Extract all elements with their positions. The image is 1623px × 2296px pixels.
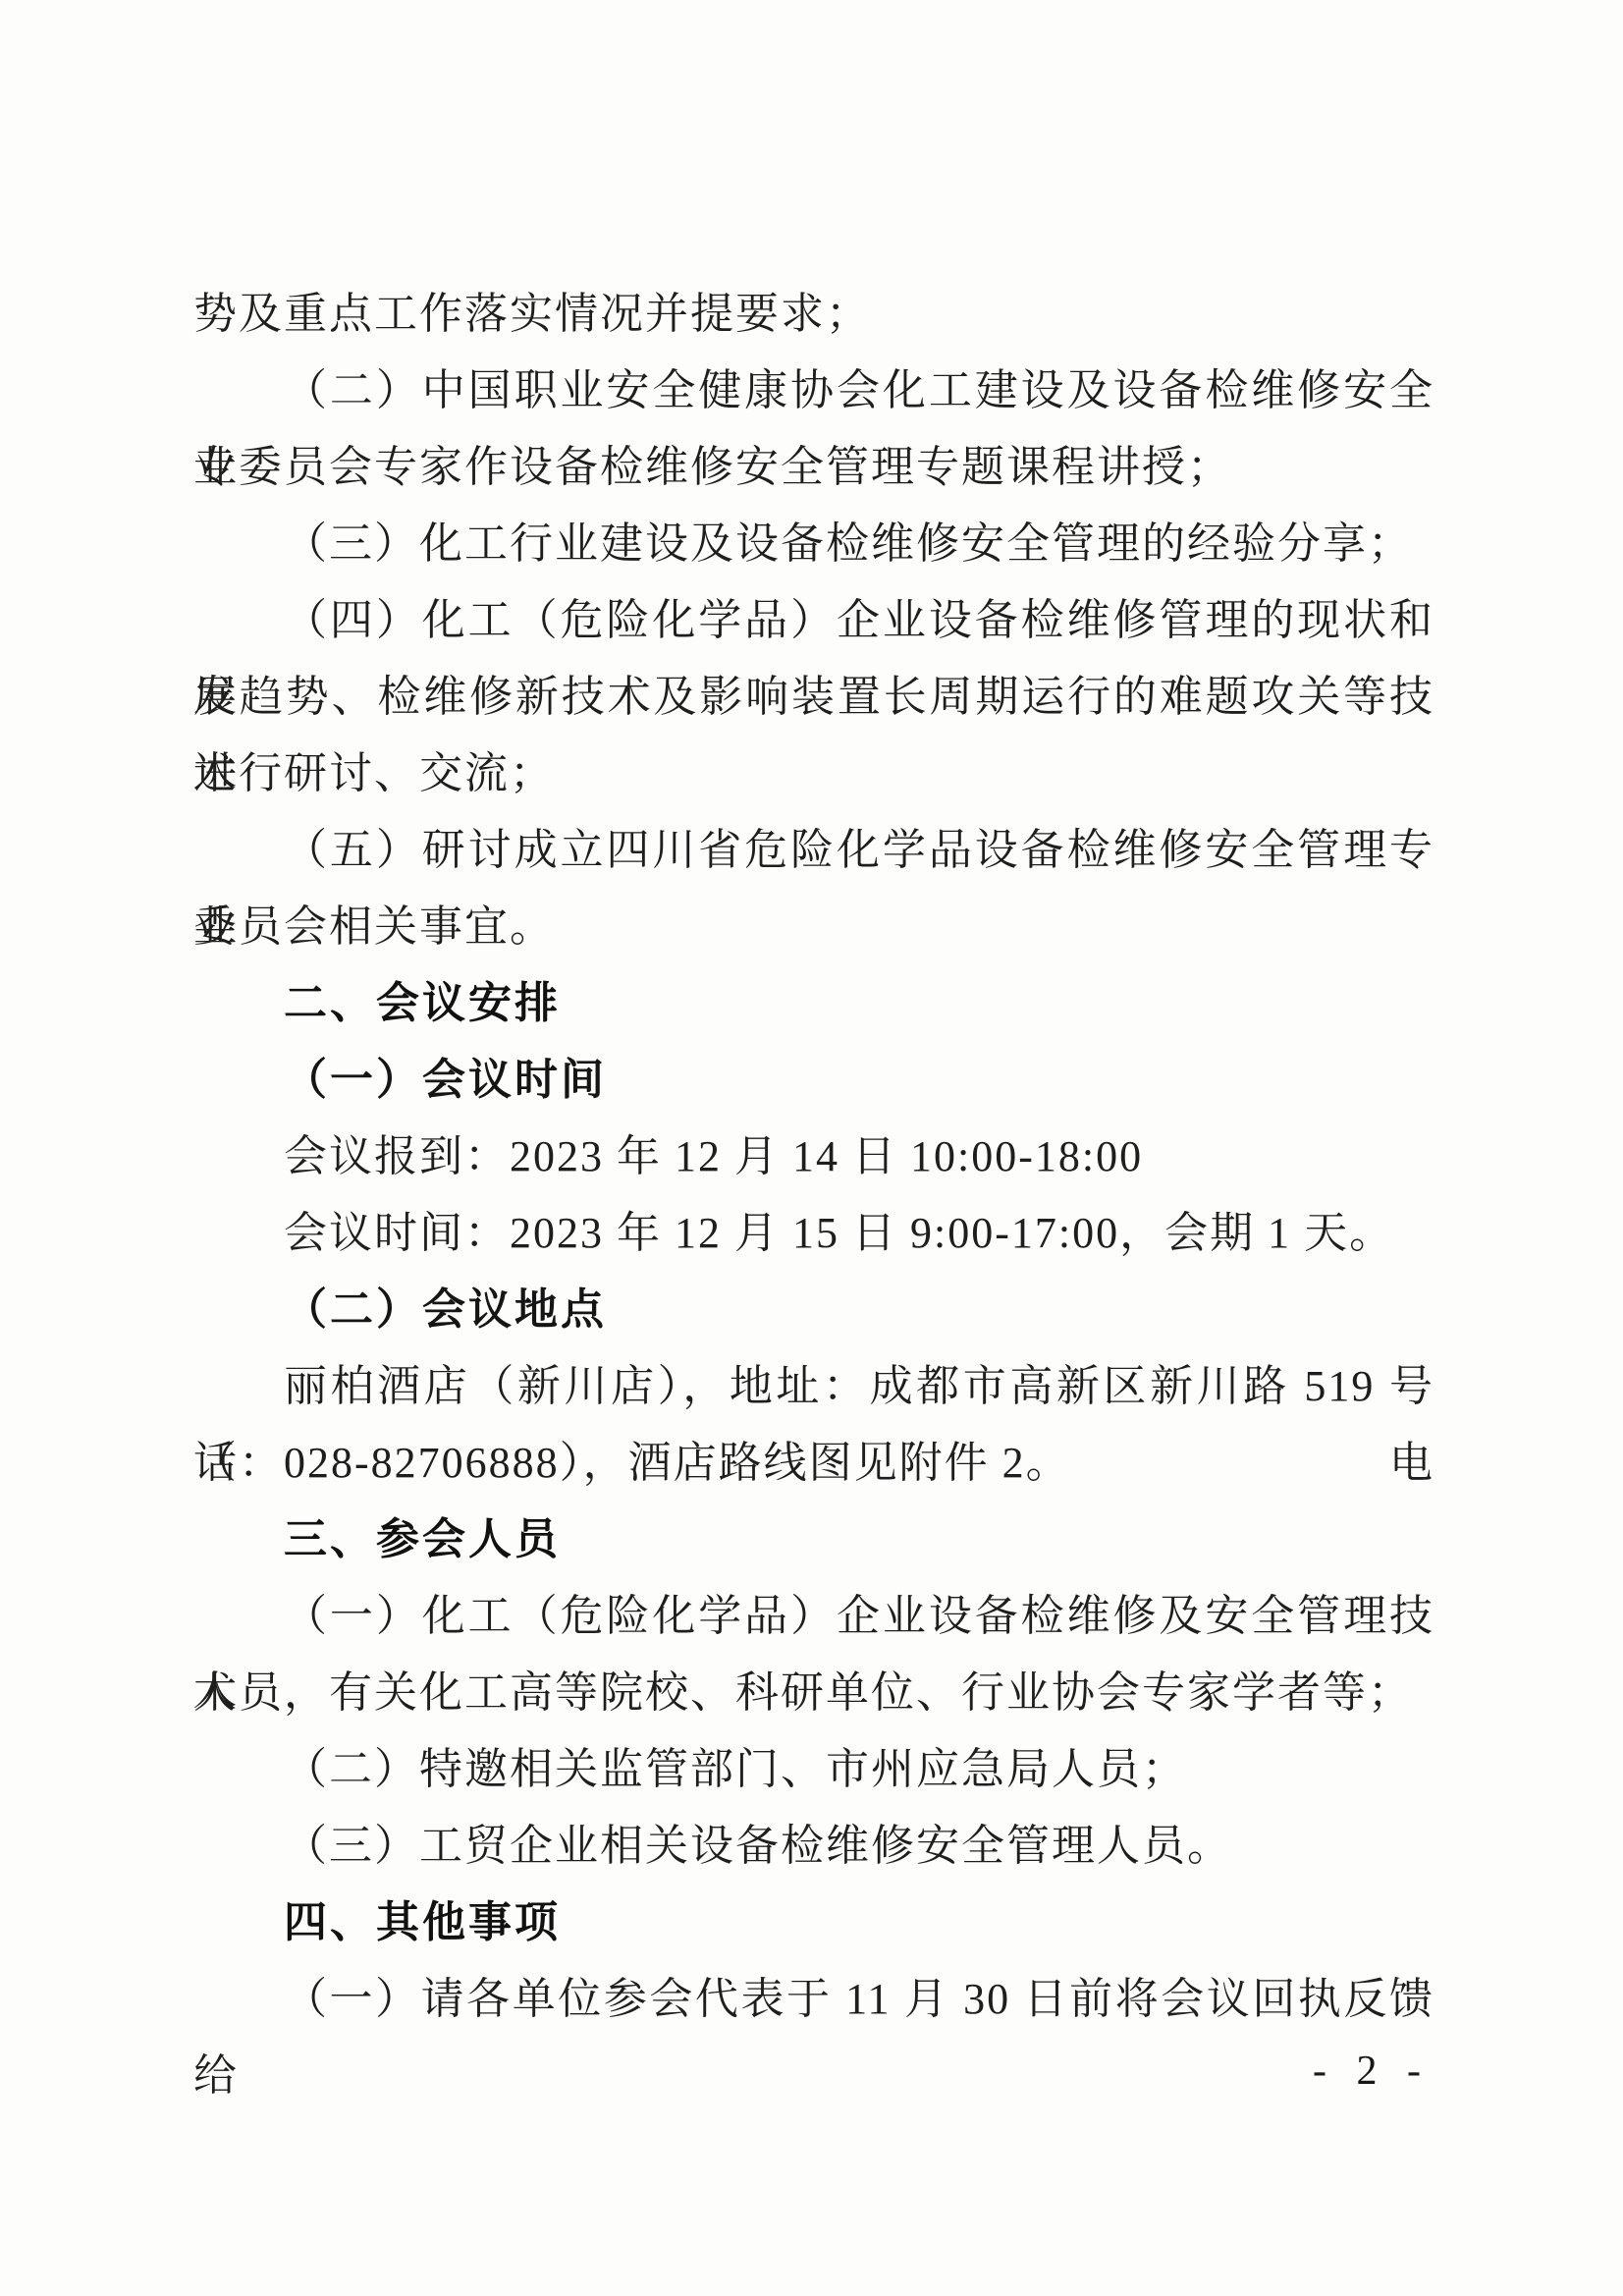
text-line-participants-3: （三）工贸企业相关设备检维修安全管理人员。 — [193, 1808, 1434, 1885]
text-line-checkin-time: 会议报到：2023 年 12 月 14 日 10:00-18:00 — [193, 1119, 1434, 1195]
heading-section-3-participants: 三、参会人员 — [193, 1502, 1434, 1578]
text-line-agenda-item-2-cont: 业委员会专家作设备检维修安全管理专题课程讲授； — [193, 429, 1434, 506]
text-line-participants-1-end: 人员，有关化工高等院校、科研单位、行业协会专家学者等； — [193, 1655, 1434, 1731]
text-line-participants-1: （一）化工（危险化学品）企业设备检维修及安全管理技术 — [193, 1578, 1434, 1655]
subheading-meeting-time: （一）会议时间 — [193, 1042, 1434, 1119]
text-line-continued: 势及重点工作落实情况并提要求； — [193, 276, 1434, 353]
text-line-venue-address: 丽柏酒店（新川店），地址：成都市高新区新川路 519 号（电 — [193, 1348, 1434, 1425]
document-page: 势及重点工作落实情况并提要求； （二）中国职业安全健康协会化工建设及设备检维修安… — [0, 0, 1623, 2296]
text-line-agenda-item-4-end: 进行研讨、交流； — [193, 736, 1434, 812]
text-line-meeting-time: 会议时间：2023 年 12 月 15 日 9:00-17:00，会期 1 天。 — [193, 1195, 1434, 1272]
subheading-meeting-venue: （二）会议地点 — [193, 1272, 1434, 1348]
document-body: 势及重点工作落实情况并提要求； （二）中国职业安全健康协会化工建设及设备检维修安… — [193, 276, 1434, 2038]
heading-section-4-other-items: 四、其他事项 — [193, 1885, 1434, 1961]
text-line-other-item-1: （一）请各单位参会代表于 11 月 30 日前将会议回执反馈给 — [193, 1961, 1434, 2038]
text-line-participants-2: （二）特邀相关监管部门、市州应急局人员； — [193, 1731, 1434, 1808]
text-line-agenda-item-4: （四）化工（危险化学品）企业设备检维修管理的现状和发 — [193, 582, 1434, 659]
page-number: - 2 - — [1313, 2045, 1431, 2098]
text-line-agenda-item-5: （五）研讨成立四川省危险化学品设备检维修安全管理专业 — [193, 812, 1434, 889]
text-line-agenda-item-3: （三）化工行业建设及设备检维修安全管理的经验分享； — [193, 506, 1434, 582]
text-line-agenda-item-2: （二）中国职业安全健康协会化工建设及设备检维修安全专 — [193, 353, 1434, 429]
text-line-agenda-item-4-cont: 展趋势、检维修新技术及影响装置长周期运行的难题攻关等技术 — [193, 659, 1434, 736]
heading-section-2-arrangement: 二、会议安排 — [193, 965, 1434, 1042]
text-line-agenda-item-5-end: 委员会相关事宜。 — [193, 889, 1434, 965]
